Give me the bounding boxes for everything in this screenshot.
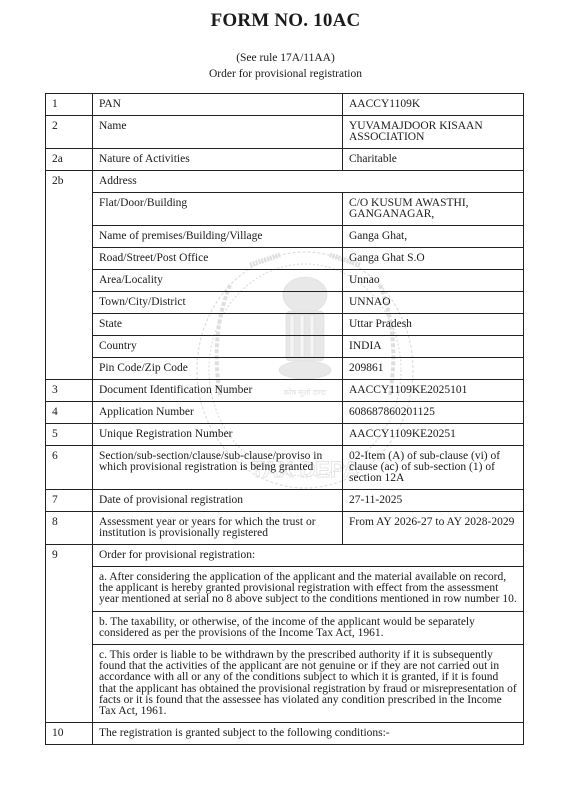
row-assessment-year: 8 Assessment year or years for which the… — [46, 512, 524, 545]
row-number: 3 — [46, 380, 93, 402]
nature-label: Nature of Activities — [93, 149, 343, 171]
name-label: Name — [93, 116, 343, 149]
document-id-value: AACCY1109KE2025101 — [343, 380, 524, 402]
assessment-year-value: From AY 2026-27 to AY 2028-2029 — [343, 512, 524, 545]
row-number: 8 — [46, 512, 93, 545]
flat-label: Flat/Door/Building — [93, 193, 343, 226]
town-value: UNNAO — [343, 292, 524, 314]
row-area: Area/Locality Unnao — [46, 270, 524, 292]
row-number: 9 — [46, 545, 93, 723]
flat-value: C/O KUSUM AWASTHI, GANGANAGAR, — [343, 193, 524, 226]
area-value: Unnao — [343, 270, 524, 292]
nature-value: Charitable — [343, 149, 524, 171]
order-label: Order for provisional registration: — [93, 545, 524, 567]
row-number: 2b — [46, 171, 93, 380]
row-order: 9 Order for provisional registration: — [46, 545, 524, 567]
rule-reference: (See rule 17A/11AA) — [0, 52, 571, 64]
form-title: FORM NO. 10AC — [0, 10, 571, 32]
urn-value: AACCY1109KE20251 — [343, 424, 524, 446]
form-subtitle: Order for provisional registration — [0, 68, 571, 80]
town-label: Town/City/District — [93, 292, 343, 314]
pin-label: Pin Code/Zip Code — [93, 358, 343, 380]
country-label: Country — [93, 336, 343, 358]
row-number: 1 — [46, 94, 93, 116]
application-number-label: Application Number — [93, 402, 343, 424]
row-state: State Uttar Pradesh — [46, 314, 524, 336]
row-date: 7 Date of provisional registration 27-11… — [46, 490, 524, 512]
registration-form-table: 1 PAN AACCY1109K 2 Name YUVAMAJDOOR KISA… — [45, 93, 524, 745]
row-number: 10 — [46, 723, 93, 745]
row-unique-registration-number: 5 Unique Registration Number AACCY1109KE… — [46, 424, 524, 446]
road-value: Ganga Ghat S.O — [343, 248, 524, 270]
date-value: 27-11-2025 — [343, 490, 524, 512]
row-order-b: b. The taxability, or otherwise, of the … — [46, 611, 524, 644]
country-value: INDIA — [343, 336, 524, 358]
state-value: Uttar Pradesh — [343, 314, 524, 336]
premises-value: Ganga Ghat, — [343, 226, 524, 248]
assessment-year-label: Assessment year or years for which the t… — [93, 512, 343, 545]
row-address: 2b Address — [46, 171, 524, 193]
name-value: YUVAMAJDOOR KISAAN ASSOCIATION — [343, 116, 524, 149]
conditions-label: The registration is granted subject to t… — [93, 723, 524, 745]
pan-label: PAN — [93, 94, 343, 116]
road-label: Road/Street/Post Office — [93, 248, 343, 270]
section-label: Section/sub-section/clause/sub-clause/pr… — [93, 446, 343, 490]
address-label: Address — [93, 171, 524, 193]
row-number: 7 — [46, 490, 93, 512]
row-number: 2a — [46, 149, 93, 171]
date-label: Date of provisional registration — [93, 490, 343, 512]
state-label: State — [93, 314, 343, 336]
row-country: Country INDIA — [46, 336, 524, 358]
row-nature-of-activities: 2a Nature of Activities Charitable — [46, 149, 524, 171]
application-number-value: 608687860201125 — [343, 402, 524, 424]
row-conditions: 10 The registration is granted subject t… — [46, 723, 524, 745]
row-road: Road/Street/Post Office Ganga Ghat S.O — [46, 248, 524, 270]
row-premises: Name of premises/Building/Village Ganga … — [46, 226, 524, 248]
row-section: 6 Section/sub-section/clause/sub-clause/… — [46, 446, 524, 490]
row-number: 5 — [46, 424, 93, 446]
row-order-a: a. After considering the application of … — [46, 567, 524, 612]
row-name: 2 Name YUVAMAJDOOR KISAAN ASSOCIATION — [46, 116, 524, 149]
document-id-label: Document Identification Number — [93, 380, 343, 402]
row-number: 6 — [46, 446, 93, 490]
row-number: 4 — [46, 402, 93, 424]
area-label: Area/Locality — [93, 270, 343, 292]
order-clause-b: b. The taxability, or otherwise, of the … — [93, 611, 524, 644]
row-flat: Flat/Door/Building C/O KUSUM AWASTHI, GA… — [46, 193, 524, 226]
order-clause-a: a. After considering the application of … — [93, 567, 524, 612]
row-pin: Pin Code/Zip Code 209861 — [46, 358, 524, 380]
row-town: Town/City/District UNNAO — [46, 292, 524, 314]
urn-label: Unique Registration Number — [93, 424, 343, 446]
pin-value: 209861 — [343, 358, 524, 380]
row-pan: 1 PAN AACCY1109K — [46, 94, 524, 116]
pan-value: AACCY1109K — [343, 94, 524, 116]
row-number: 2 — [46, 116, 93, 149]
premises-label: Name of premises/Building/Village — [93, 226, 343, 248]
order-clause-c: c. This order is liable to be withdrawn … — [93, 645, 524, 723]
row-order-c: c. This order is liable to be withdrawn … — [46, 645, 524, 723]
section-value: 02-Item (A) of sub-clause (vi) of clause… — [343, 446, 524, 490]
row-application-number: 4 Application Number 608687860201125 — [46, 402, 524, 424]
row-document-id: 3 Document Identification Number AACCY11… — [46, 380, 524, 402]
